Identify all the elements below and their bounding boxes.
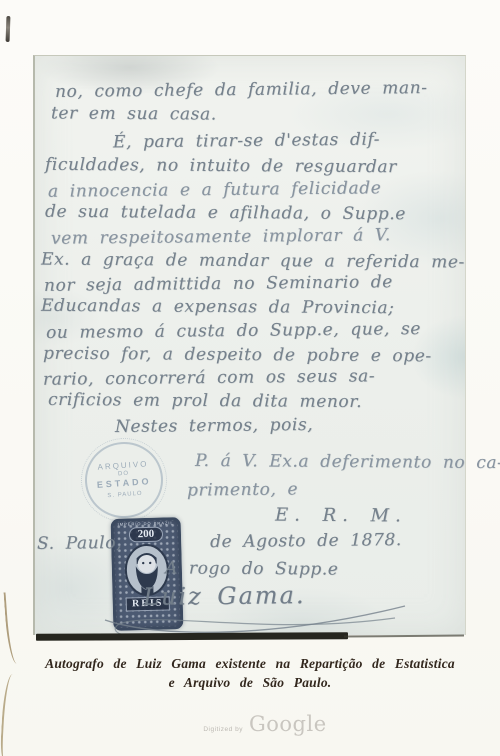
google-logo: Google <box>249 712 327 736</box>
handwriting-line: crificios em prol da dita menor. <box>48 390 362 412</box>
handwriting-line: E. R. M. <box>275 505 407 527</box>
handwriting-line: S. Paulo, de Agosto de 1878. <box>37 530 402 554</box>
handwriting-line: primento, e <box>187 479 298 500</box>
page-gutter-mark <box>6 16 11 42</box>
archive-stamp-text: ESTADO <box>97 476 152 491</box>
handwriting-line: rario, concorrerá com os seus sa- <box>43 366 375 389</box>
handwriting-line: Ex. a graça de mandar que a referida me- <box>41 250 465 273</box>
handwriting-line: nor seja admittida no Seminario de <box>44 272 393 296</box>
handwriting-line: preciso for, a despeito de pobre e ope- <box>43 344 432 367</box>
photo-caption: Autografo de Luiz Gama existente na Repa… <box>0 654 500 692</box>
handwriting-line: vem respeitosamente implorar á V. <box>51 225 391 249</box>
archive-stamp-text: S. PAULO <box>107 490 143 500</box>
letter-paper: ARQUIVO DO ESTADO S. PAULO IMPERIO DO BR… <box>33 55 466 635</box>
handwriting-line: P. á V. Ex.a deferimento no ca- <box>195 451 500 473</box>
handwriting-line: Nestes termos, pois, <box>115 415 313 437</box>
caption-line-2: e Arquivo de São Paulo. <box>0 673 500 692</box>
handwriting-line: ter em sua casa. <box>51 103 217 124</box>
handwriting-line: Educandas a expensas da Provincia; <box>41 296 395 318</box>
handwriting-line: no, como chefe da familia, deve man- <box>55 78 428 102</box>
archive-oval-stamp: ARQUIVO DO ESTADO S. PAULO <box>82 439 165 520</box>
digitized-by-label: Digitized by <box>203 726 243 733</box>
google-watermark: Digitized by Google <box>0 712 500 736</box>
handwriting-line: A rogo do Supp.e <box>165 558 339 579</box>
caption-line-1: Autografo de Luiz Gama existente na Repa… <box>0 654 500 673</box>
handwriting-line: ou mesmo á custa do Supp.e, que, se <box>46 319 421 343</box>
handwriting-line: É, para tirar-se d'estas dif- <box>113 130 380 153</box>
handwriting-line: de sua tutelada e afilhada, o Supp.e <box>45 202 406 225</box>
scanned-book-page: ARQUIVO DO ESTADO S. PAULO IMPERIO DO BR… <box>0 0 500 756</box>
revenue-stamp-header: IMPERIO DO BRAZIL <box>118 520 174 526</box>
handwriting-line: a innocencia e a futura felicidade <box>48 178 382 201</box>
handwriting-line: ficuldades, no intuito de resguardar <box>45 155 397 177</box>
